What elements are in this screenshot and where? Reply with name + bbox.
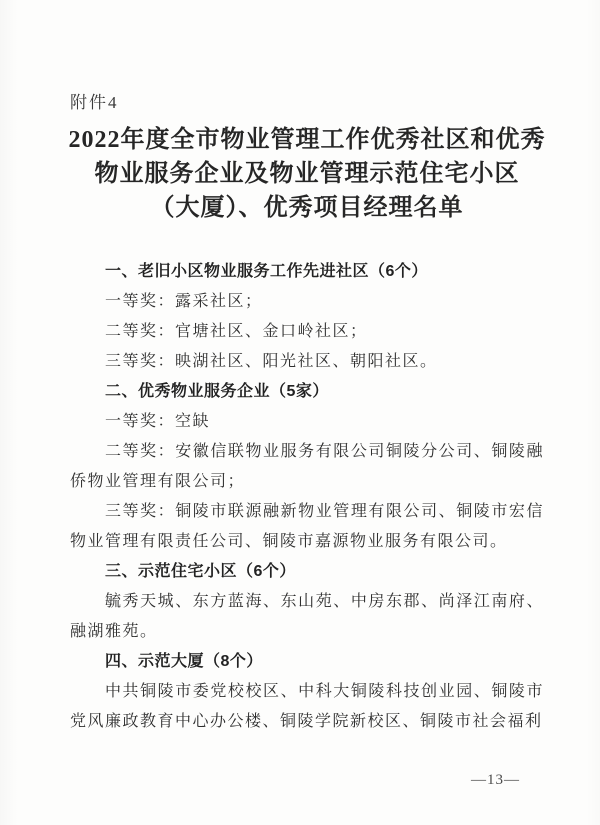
award-line: 一等奖：空缺 (70, 407, 544, 437)
award-line: 三等奖：映湖社区、阳光社区、朝阳社区。 (70, 347, 544, 377)
section-heading-1: 一、老旧小区物业服务工作先进社区（6个） (70, 257, 544, 287)
section-heading-2: 二、优秀物业服务企业（5家） (70, 377, 544, 407)
section-heading-4: 四、示范大厦（8个） (70, 647, 544, 677)
document-content: 附件4 2022年度全市物业管理工作优秀社区和优秀 物业服务企业及物业管理示范住… (70, 88, 544, 737)
section-heading-3: 三、示范住宅小区（6个） (70, 557, 544, 587)
document-page: 附件4 2022年度全市物业管理工作优秀社区和优秀 物业服务企业及物业管理示范住… (0, 0, 600, 825)
award-line: 毓秀天城、东方蓝海、东山苑、中房东郡、尚泽江南府、融湖雅苑。 (70, 587, 544, 647)
award-line: 一等奖：露采社区； (70, 287, 544, 317)
document-body: 一、老旧小区物业服务工作先进社区（6个） 一等奖：露采社区； 二等奖：官塘社区、… (70, 257, 544, 737)
page-number: —13— (471, 772, 520, 789)
title-line-2: 物业服务企业及物业管理示范住宅小区 (58, 157, 556, 191)
award-line: 二等奖：安徽信联物业服务有限公司铜陵分公司、铜陵融侨物业管理有限公司； (70, 437, 544, 497)
award-line: 二等奖：官塘社区、金口岭社区； (70, 317, 544, 347)
attachment-label: 附件4 (70, 88, 544, 113)
award-line: 中共铜陵市委党校校区、中科大铜陵科技创业园、铜陵市党风廉政教育中心办公楼、铜陵学… (70, 677, 544, 737)
document-title: 2022年度全市物业管理工作优秀社区和优秀 物业服务企业及物业管理示范住宅小区 … (58, 123, 556, 225)
award-line: 三等奖：铜陵市联源融新物业管理有限公司、铜陵市宏信物业管理有限责任公司、铜陵市嘉… (70, 497, 544, 557)
title-line-1: 2022年度全市物业管理工作优秀社区和优秀 (58, 123, 556, 157)
title-line-3: （大厦）、优秀项目经理名单 (58, 191, 556, 225)
